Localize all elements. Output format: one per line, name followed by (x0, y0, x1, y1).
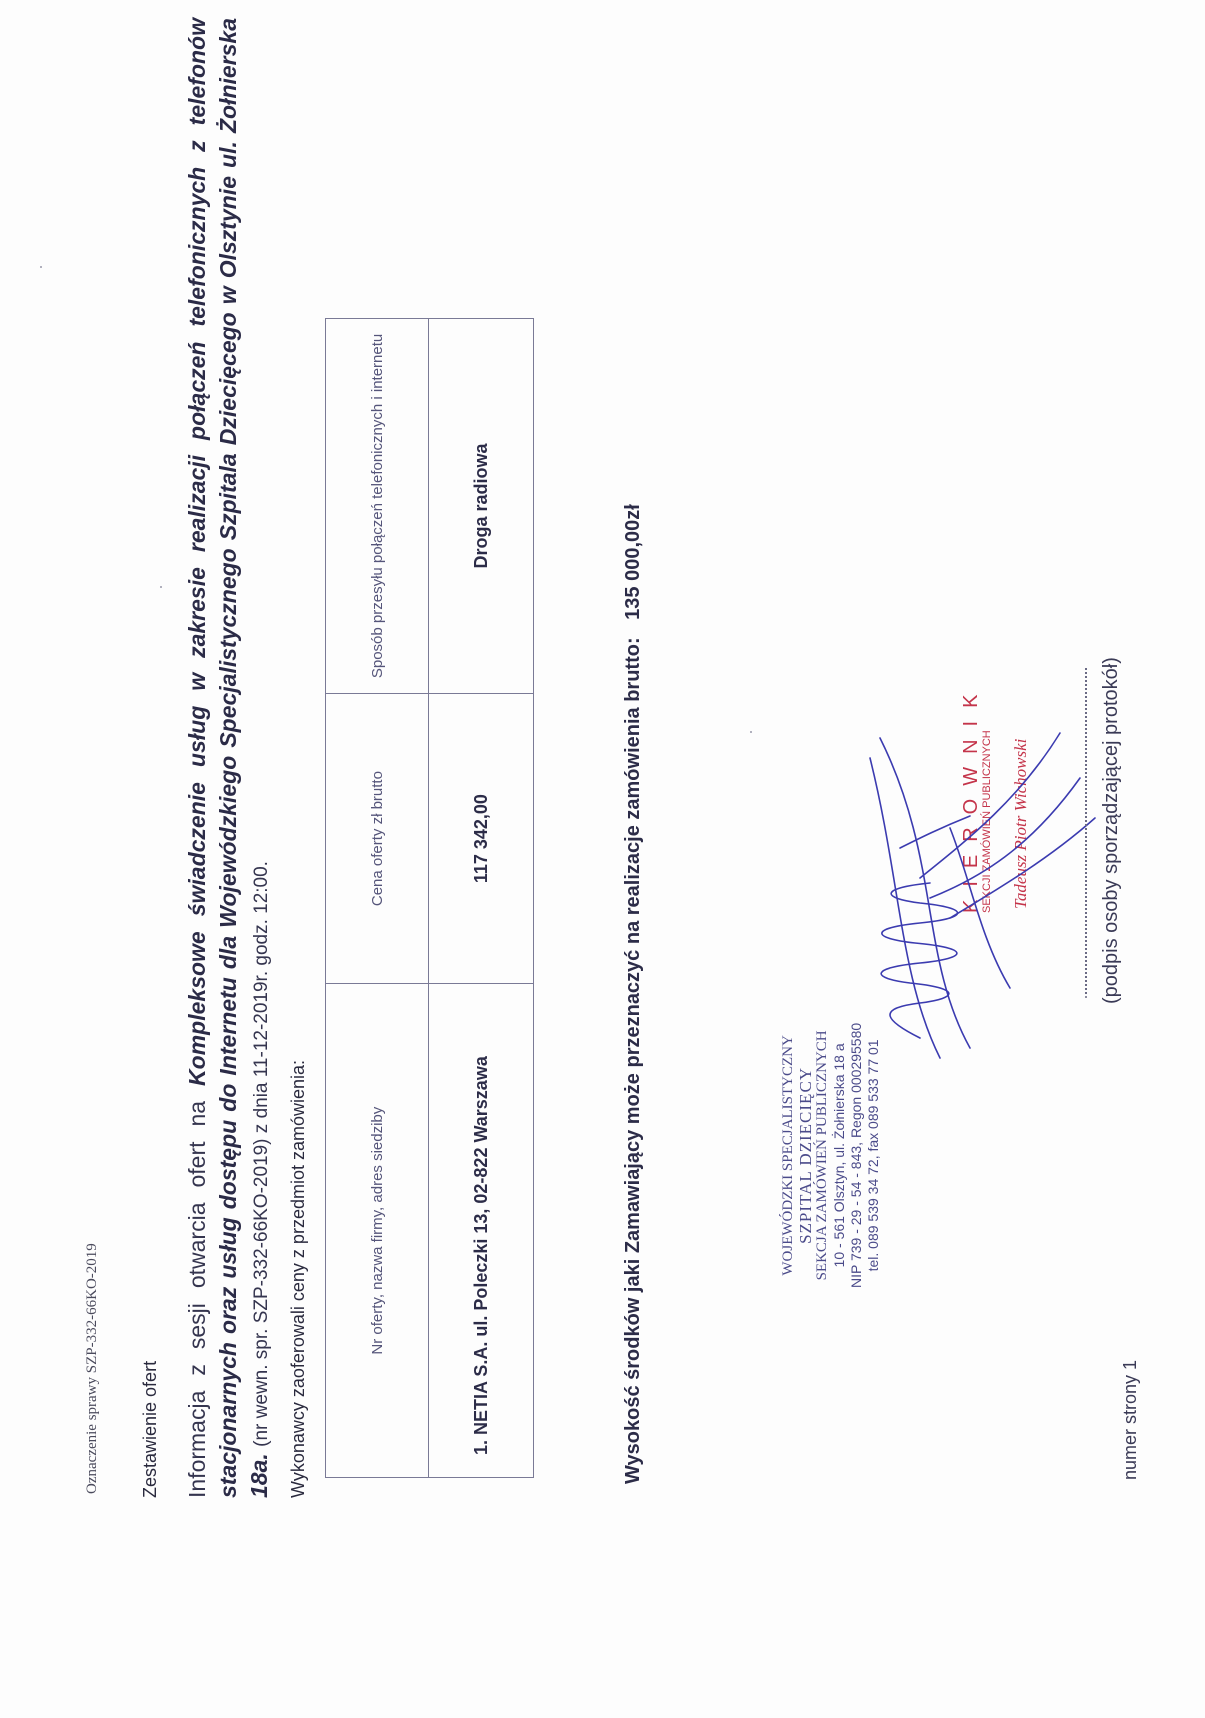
header-price: Cena oferty zł brutto (326, 693, 429, 983)
header-firm: Nr oferty, nazwa firmy, adres siedziby (326, 984, 429, 1478)
header-method: Sposób przesyłu połączeń telefonicznych … (326, 319, 429, 694)
stamp-line: 10 - 561 Olsztyn, ul. Żołnierska 18 a (831, 1023, 848, 1288)
scan-speck (160, 586, 162, 588)
intro-suffix: (nr wewn. spr. SZP-332-66KO-2019) z dnia… (251, 861, 272, 1447)
stamp-line: WOJEWÓDZKI SPECJALISTYCZNY (780, 1023, 797, 1288)
offer-price: 117 342,00 (429, 693, 534, 983)
offers-table: Nr oferty, nazwa firmy, adres siedziby C… (325, 318, 534, 1478)
budget-label: Wysokość środków jaki Zamawiający może p… (622, 637, 644, 1484)
handwritten-signature-icon (860, 718, 1100, 1078)
budget-amount: 135 000,00zł (622, 504, 644, 620)
bidders-label: Wykonawcy zaoferowali ceny z przedmiot z… (288, 1060, 309, 1498)
document-heading: Zestawienie ofert (140, 1361, 161, 1498)
offer-firm: 1. NETIA S.A. ul. Poleczki 13, 02-822 Wa… (429, 984, 534, 1478)
offer-method: Droga radiowa (429, 319, 534, 694)
budget-line: Wysokość środków jaki Zamawiający może p… (622, 504, 645, 1484)
scanned-document-page: Oznaczenie sprawy SZP-332-66KO-2019 Zest… (0, 0, 1205, 1718)
page-number: numer strony 1 (1120, 1360, 1141, 1480)
intro-prefix: Informacja z sesji otwarcia ofert na (184, 1101, 210, 1498)
intro-paragraph: Informacja z sesji otwarcia ofert na Kom… (182, 18, 277, 1498)
table-row: 1. NETIA S.A. ul. Poleczki 13, 02-822 Wa… (429, 319, 534, 1478)
signature-caption: (podpis osoby sporządzającej protokół) (1100, 657, 1123, 1004)
signature-line (1085, 668, 1087, 998)
stamp-line: SZPITAL DZIECIĘCY (797, 1023, 814, 1288)
offers-table-header: Nr oferty, nazwa firmy, adres siedziby C… (326, 319, 429, 1478)
stamp-line: SEKCJA ZAMÓWIEŃ PUBLICZNYCH (814, 1023, 831, 1288)
case-reference: Oznaczenie sprawy SZP-332-66KO-2019 (84, 1243, 101, 1494)
scan-speck (1085, 996, 1087, 998)
scan-speck (40, 266, 42, 268)
scan-speck (750, 731, 752, 733)
